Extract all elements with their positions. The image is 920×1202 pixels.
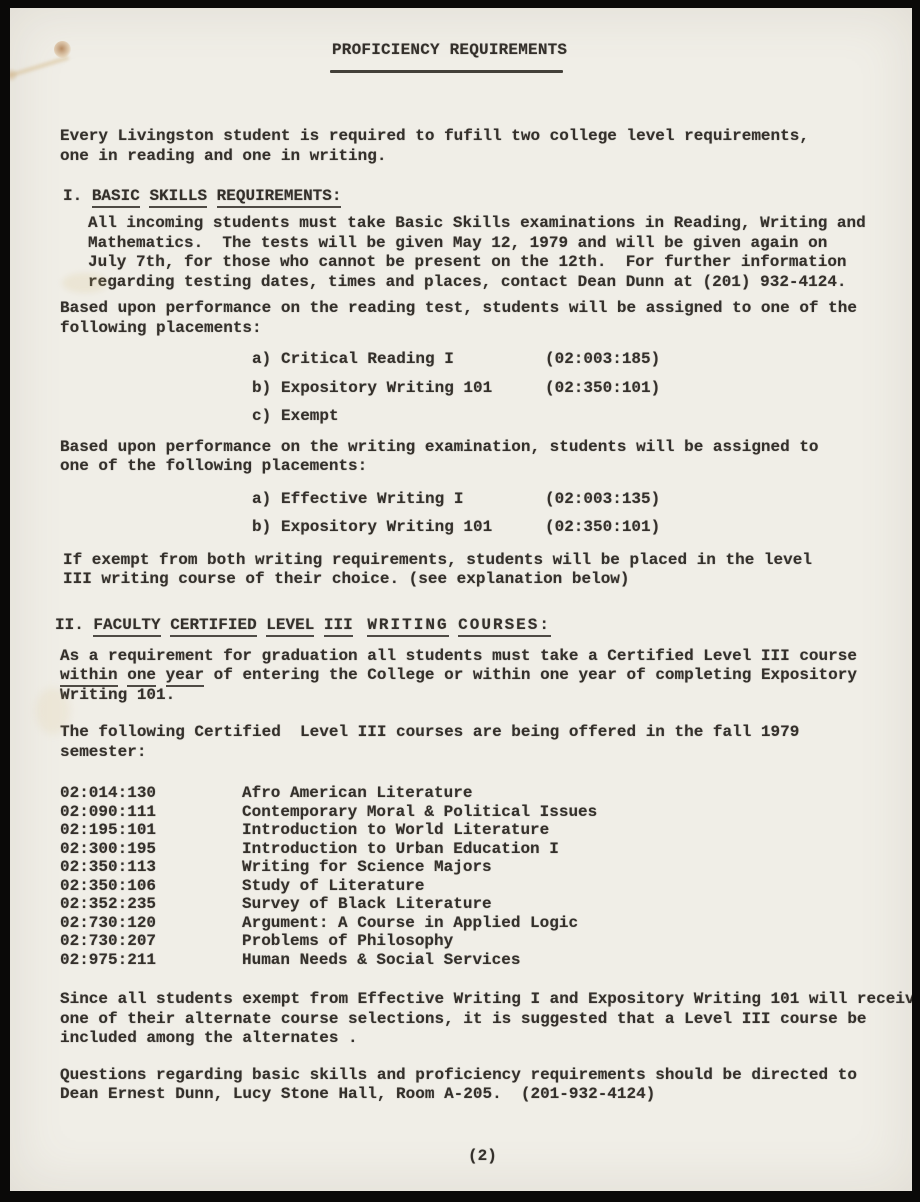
heading-word: FACULTY [93,616,160,637]
placement-name: Expository Writing 101 [281,379,545,399]
underlined-word: within [60,666,118,687]
placement-row: b)Expository Writing 101(02:350:101) [252,379,912,399]
heading-word: LEVEL [266,616,314,637]
placement-row: c)Exempt [252,407,912,427]
placement-label: a) [252,490,281,510]
underlined-word: one [127,666,156,687]
course-row: 02:975:211Human Needs & Social Services [60,951,912,970]
placement-row: a)Critical Reading I(02:003:185) [252,350,912,370]
course-code: 02:730:120 [60,914,242,933]
section-1-numeral: I. [63,187,82,205]
heading-word: REQUIREMENTS: [217,187,342,208]
writing-placement-list: a)Effective Writing I(02:003:135) b)Expo… [10,490,912,538]
intro-paragraph: Every Livingston student is required to … [60,127,912,166]
placement-code: (02:003:135) [545,490,660,508]
course-code: 02:350:113 [60,858,242,877]
placement-label: a) [252,350,281,370]
course-code: 02:195:101 [60,821,242,840]
placement-name: Effective Writing I [281,490,545,510]
basic-skills-exam-paragraph: All incoming students must take Basic Sk… [88,214,912,292]
placement-name: Exempt [281,407,545,427]
placement-label: b) [252,518,281,538]
exempt-paragraph: If exempt from both writing requirements… [63,551,912,590]
course-title: Contemporary Moral & Political Issues [242,803,597,821]
course-title: Argument: A Course in Applied Logic [242,914,578,932]
section-2-numeral: II. [55,616,84,634]
placement-code: (02:350:101) [545,518,660,536]
placement-label: c) [252,407,281,427]
scanned-document-page: PROFICIENCY REQUIREMENTS Every Livingsto… [0,0,920,1202]
course-title: Human Needs & Social Services [242,951,520,969]
course-code: 02:730:207 [60,932,242,951]
placement-code: (02:003:185) [545,350,660,368]
paragraph-line: Writing 101. [60,686,912,706]
course-code: 02:975:211 [60,951,242,970]
course-code: 02:350:106 [60,877,242,896]
heading-word: SKILLS [149,187,207,208]
page-number: (2) [468,1147,912,1167]
heading-word: WRITING [367,616,448,637]
course-code: 02:090:111 [60,803,242,822]
reading-placement-list: a)Critical Reading I(02:003:185) b)Expos… [10,350,912,427]
heading-word: BASIC [92,187,140,208]
course-title: Study of Literature [242,877,424,895]
course-code: 02:014:130 [60,784,242,803]
course-row: 02:352:235Survey of Black Literature [60,895,912,914]
title-underline [330,70,563,73]
course-list: 02:014:130Afro American Literature 02:09… [60,784,912,969]
placement-name: Expository Writing 101 [281,518,545,538]
alternates-paragraph: Since all students exempt from Effective… [60,990,912,1049]
paper-stain-dot [54,41,71,58]
graduation-requirement-paragraph: As a requirement for graduation all stud… [60,647,912,706]
course-title: Problems of Philosophy [242,932,453,950]
underlined-word: year [166,666,204,687]
course-row: 02:350:106Study of Literature [60,877,912,896]
paragraph-line: As a requirement for graduation all stud… [60,647,912,667]
placement-row: a)Effective Writing I(02:003:135) [252,490,912,510]
writing-placement-intro: Based upon performance on the writing ex… [60,438,912,477]
placement-code: (02:350:101) [545,379,660,397]
course-row: 02:300:195Introduction to Urban Educatio… [60,840,912,859]
section-2-heading: II. FACULTY CERTIFIED LEVEL III WRITING … [55,615,912,635]
placement-row: b)Expository Writing 101(02:350:101) [252,518,912,538]
course-row: 02:730:207Problems of Philosophy [60,932,912,951]
course-row: 02:014:130Afro American Literature [60,784,912,803]
paragraph-line: within one year of entering the College … [60,666,912,686]
course-row: 02:350:113Writing for Science Majors [60,858,912,877]
course-code: 02:300:195 [60,840,242,859]
course-row: 02:730:120Argument: A Course in Applied … [60,914,912,933]
heading-word: COURSES: [458,616,551,637]
placement-label: b) [252,379,281,399]
course-title: Afro American Literature [242,784,472,802]
course-row: 02:195:101Introduction to World Literatu… [60,821,912,840]
course-code: 02:352:235 [60,895,242,914]
course-title: Introduction to World Literature [242,821,549,839]
heading-word: III [324,616,353,637]
paragraph-line-rest: of entering the College or within one ye… [204,666,857,684]
reading-placement-intro: Based upon performance on the reading te… [60,299,912,338]
paper-stain-edge [4,68,18,82]
heading-word: CERTIFIED [170,616,256,637]
course-row: 02:090:111Contemporary Moral & Political… [60,803,912,822]
page-title: PROFICIENCY REQUIREMENTS [332,40,912,60]
course-offerings-intro: The following Certified Level III course… [60,723,912,762]
section-1-heading: I. BASIC SKILLS REQUIREMENTS: [63,186,912,206]
contact-paragraph: Questions regarding basic skills and pro… [60,1066,912,1105]
placement-name: Critical Reading I [281,350,545,370]
paper-stain-streak [13,56,70,77]
course-title: Writing for Science Majors [242,858,492,876]
course-title: Introduction to Urban Education I [242,840,559,858]
course-title: Survey of Black Literature [242,895,492,913]
